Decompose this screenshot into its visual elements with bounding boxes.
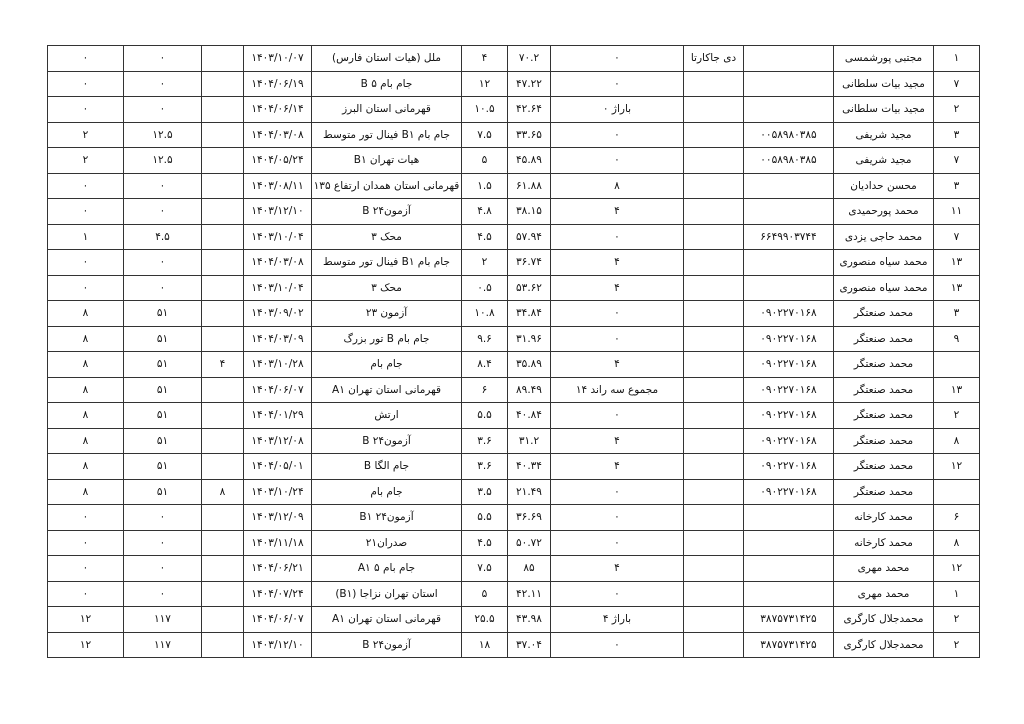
cell-phone: ۰۹۰۲۲۷۰۱۶۸	[744, 301, 834, 327]
cell-name: محمدجلال کارگری	[834, 632, 934, 658]
table-row: ۰۰۱۴۰۴/۰۶/۱۹جام بام ۵ B۱۲۴۷.۲۲۰مجید بیات…	[48, 71, 980, 97]
cell-date: ۱۴۰۳/۱۲/۰۸	[244, 428, 312, 454]
cell-note: ۰	[551, 479, 684, 505]
cell-rank: ۲	[934, 403, 980, 429]
cell-phone: ۰۹۰۲۲۷۰۱۶۸	[744, 428, 834, 454]
cell-col-c	[202, 97, 244, 123]
cell-col-c	[202, 275, 244, 301]
cell-event: جام بام B۱ فینال تور متوسط	[312, 250, 462, 276]
cell-date: ۱۴۰۴/۰۶/۰۷	[244, 377, 312, 403]
cell-value: ۷۰.۲	[508, 46, 551, 72]
cell-rank: ۷	[934, 71, 980, 97]
cell-note: ۴	[551, 275, 684, 301]
cell-col-a: ۸	[48, 377, 124, 403]
cell-event: جام بام B۱ فینال تور متوسط	[312, 122, 462, 148]
cell-col-c	[202, 46, 244, 72]
cell-value: ۳۱.۲	[508, 428, 551, 454]
cell-rank	[934, 479, 980, 505]
cell-date: ۱۴۰۴/۰۵/۰۱	[244, 454, 312, 480]
cell-note2	[684, 530, 744, 556]
cell-name: مجید بیات سلطانی	[834, 71, 934, 97]
cell-name: محمد صنعتگر	[834, 326, 934, 352]
cell-value: ۳۳.۶۵	[508, 122, 551, 148]
cell-date: ۱۴۰۳/۱۰/۰۷	[244, 46, 312, 72]
cell-col-b: ۵۱	[124, 377, 202, 403]
cell-phone: ۰۹۰۲۲۷۰۱۶۸	[744, 454, 834, 480]
cell-note2	[684, 556, 744, 582]
cell-value: ۸۹.۴۹	[508, 377, 551, 403]
cell-note: ۰	[551, 224, 684, 250]
cell-score: ۳.۶	[462, 454, 508, 480]
cell-note2	[684, 97, 744, 123]
cell-score: ۱۲	[462, 71, 508, 97]
cell-note2	[684, 505, 744, 531]
cell-note: ۰	[551, 122, 684, 148]
table-row: ۲۱۲.۵۱۴۰۴/۰۵/۲۴هیات تهران B۱۵۴۵.۸۹۰۰۰۵۸۹…	[48, 148, 980, 174]
cell-col-a: ۸	[48, 428, 124, 454]
cell-note: ۰	[551, 632, 684, 658]
cell-col-b: ۵۱	[124, 454, 202, 480]
cell-note2	[684, 301, 744, 327]
cell-value: ۴۲.۱۱	[508, 581, 551, 607]
cell-phone: ۰۹۰۲۲۷۰۱۶۸	[744, 479, 834, 505]
cell-score: ۴.۸	[462, 199, 508, 225]
table-row: ۸۵۱۱۴۰۴/۰۱/۲۹ارتش۵.۵۴۰.۸۴۰۰۹۰۲۲۷۰۱۶۸محمد…	[48, 403, 980, 429]
cell-date: ۱۴۰۴/۰۶/۱۴	[244, 97, 312, 123]
cell-note2	[684, 199, 744, 225]
cell-note2	[684, 173, 744, 199]
cell-note: ۴	[551, 454, 684, 480]
cell-event: آزمون ۲۳	[312, 301, 462, 327]
cell-event: قهرمانی استان تهران A۱	[312, 607, 462, 633]
cell-col-b: ۰	[124, 173, 202, 199]
cell-note: ۰	[551, 530, 684, 556]
cell-value: ۴۰.۸۴	[508, 403, 551, 429]
cell-col-a: ۱	[48, 224, 124, 250]
cell-score: ۵	[462, 581, 508, 607]
cell-name: محمد صنعتگر	[834, 403, 934, 429]
cell-event: آزمون۲۴ B۱	[312, 505, 462, 531]
cell-name: محمد مهری	[834, 581, 934, 607]
cell-name: محسن حدادیان	[834, 173, 934, 199]
cell-note2	[684, 122, 744, 148]
cell-col-b: ۵۱	[124, 352, 202, 378]
cell-rank: ۹	[934, 326, 980, 352]
cell-value: ۲۱.۴۹	[508, 479, 551, 505]
results-table: ۰۰۱۴۰۳/۱۰/۰۷ملل (هیات استان فارس)۴۷۰.۲۰د…	[47, 45, 980, 658]
cell-note2	[684, 250, 744, 276]
cell-col-a: ۸	[48, 326, 124, 352]
cell-name: محمدجلال کارگری	[834, 607, 934, 633]
cell-col-c	[202, 173, 244, 199]
document-page: ۰۰۱۴۰۳/۱۰/۰۷ملل (هیات استان فارس)۴۷۰.۲۰د…	[47, 45, 979, 658]
cell-event: جام بام	[312, 479, 462, 505]
cell-phone: ۰۹۰۲۲۷۰۱۶۸	[744, 377, 834, 403]
cell-col-c	[202, 403, 244, 429]
cell-value: ۳۸.۱۵	[508, 199, 551, 225]
cell-value: ۶۱.۸۸	[508, 173, 551, 199]
cell-col-c	[202, 556, 244, 582]
cell-date: ۱۴۰۴/۰۱/۲۹	[244, 403, 312, 429]
table-row: ۰۰۱۴۰۳/۱۰/۰۷ملل (هیات استان فارس)۴۷۰.۲۰د…	[48, 46, 980, 72]
cell-event: جام بام B تور بزرگ	[312, 326, 462, 352]
cell-phone: ۳۸۷۵۷۳۱۴۲۵	[744, 607, 834, 633]
cell-date: ۱۴۰۴/۰۵/۲۴	[244, 148, 312, 174]
cell-score: ۱۰.۵	[462, 97, 508, 123]
cell-col-a: ۱۲	[48, 632, 124, 658]
table-row: ۸۵۱۱۴۰۴/۰۳/۰۹جام بام B تور بزرگ۹.۶۳۱.۹۶۰…	[48, 326, 980, 352]
cell-value: ۴۵.۸۹	[508, 148, 551, 174]
cell-note: ۴	[551, 428, 684, 454]
cell-name: محمد سیاه منصوری	[834, 250, 934, 276]
cell-col-b: ۰	[124, 199, 202, 225]
table-row: ۰۰۱۴۰۳/۱۲/۰۹آزمون۲۴ B۱۵.۵۳۶.۶۹۰محمد کارخ…	[48, 505, 980, 531]
cell-score: ۴.۵	[462, 224, 508, 250]
cell-phone: ۰۹۰۲۲۷۰۱۶۸	[744, 352, 834, 378]
cell-value: ۴۷.۲۲	[508, 71, 551, 97]
cell-note: ۰	[551, 581, 684, 607]
cell-note: ۰	[551, 301, 684, 327]
cell-value: ۳۷.۰۴	[508, 632, 551, 658]
cell-col-c	[202, 250, 244, 276]
cell-name: محمد کارخانه	[834, 530, 934, 556]
cell-value: ۳۱.۹۶	[508, 326, 551, 352]
cell-score: ۰.۵	[462, 275, 508, 301]
cell-col-a: ۸	[48, 403, 124, 429]
cell-name: محمد سیاه منصوری	[834, 275, 934, 301]
cell-date: ۱۴۰۴/۰۶/۰۷	[244, 607, 312, 633]
cell-rank: ۱۱	[934, 199, 980, 225]
cell-col-a: ۰	[48, 173, 124, 199]
cell-rank: ۲	[934, 607, 980, 633]
cell-phone	[744, 530, 834, 556]
cell-phone	[744, 275, 834, 301]
cell-col-b: ۵۱	[124, 301, 202, 327]
cell-col-a: ۸	[48, 454, 124, 480]
cell-rank: ۱۳	[934, 250, 980, 276]
cell-phone: ۰۹۰۲۲۷۰۱۶۸	[744, 403, 834, 429]
cell-value: ۴۲.۶۴	[508, 97, 551, 123]
cell-note: ۰	[551, 505, 684, 531]
cell-note2	[684, 403, 744, 429]
cell-event: قهرمانی استان همدان ارتفاع ۱۳۵	[312, 173, 462, 199]
cell-rank: ۶	[934, 505, 980, 531]
cell-col-b: ۴.۵	[124, 224, 202, 250]
table-row: ۲۱۲.۵۱۴۰۴/۰۳/۰۸جام بام B۱ فینال تور متوس…	[48, 122, 980, 148]
cell-date: ۱۴۰۳/۱۰/۲۴	[244, 479, 312, 505]
cell-col-a: ۸	[48, 301, 124, 327]
cell-date: ۱۴۰۴/۰۶/۲۱	[244, 556, 312, 582]
cell-note2	[684, 224, 744, 250]
cell-score: ۶	[462, 377, 508, 403]
cell-col-a: ۰	[48, 581, 124, 607]
cell-date: ۱۴۰۳/۰۸/۱۱	[244, 173, 312, 199]
cell-rank: ۷	[934, 148, 980, 174]
cell-name: محمد صنعتگر	[834, 479, 934, 505]
cell-event: محک ۳	[312, 224, 462, 250]
cell-note2	[684, 479, 744, 505]
cell-note: باراژ ۴	[551, 607, 684, 633]
cell-col-c	[202, 224, 244, 250]
cell-name: مجید شریفی	[834, 148, 934, 174]
cell-name: محمد صنعتگر	[834, 352, 934, 378]
cell-score: ۳.۵	[462, 479, 508, 505]
cell-rank	[934, 352, 980, 378]
cell-rank: ۳	[934, 122, 980, 148]
cell-col-c	[202, 607, 244, 633]
cell-rank: ۳	[934, 173, 980, 199]
cell-event: محک ۳	[312, 275, 462, 301]
cell-col-c	[202, 505, 244, 531]
cell-value: ۳۵.۸۹	[508, 352, 551, 378]
cell-col-c	[202, 454, 244, 480]
cell-value: ۳۶.۶۹	[508, 505, 551, 531]
cell-col-a: ۰	[48, 71, 124, 97]
cell-col-b: ۱۱۷	[124, 607, 202, 633]
cell-event: هیات تهران B۱	[312, 148, 462, 174]
cell-phone	[744, 97, 834, 123]
cell-col-a: ۰	[48, 97, 124, 123]
cell-rank: ۱۳	[934, 377, 980, 403]
cell-name: مجید شریفی	[834, 122, 934, 148]
cell-note2	[684, 632, 744, 658]
cell-event: ملل (هیات استان فارس)	[312, 46, 462, 72]
table-row: ۰۰۱۴۰۴/۰۶/۲۱جام بام ۵ A۱۷.۵۸۵۴محمد مهری۱…	[48, 556, 980, 582]
cell-note2: دی جاکارتا	[684, 46, 744, 72]
cell-date: ۱۴۰۴/۰۶/۱۹	[244, 71, 312, 97]
cell-note: ۴	[551, 352, 684, 378]
cell-date: ۱۴۰۳/۰۹/۰۲	[244, 301, 312, 327]
cell-col-b: ۰	[124, 581, 202, 607]
cell-col-c	[202, 377, 244, 403]
cell-name: محمد کارخانه	[834, 505, 934, 531]
table-row: ۸۵۱۱۴۰۴/۰۶/۰۷قهرمانی استان تهران A۱۶۸۹.۴…	[48, 377, 980, 403]
cell-col-b: ۰	[124, 97, 202, 123]
cell-col-c	[202, 326, 244, 352]
cell-score: ۳.۶	[462, 428, 508, 454]
cell-col-c	[202, 581, 244, 607]
cell-date: ۱۴۰۳/۱۲/۰۹	[244, 505, 312, 531]
cell-event: جام الگا B	[312, 454, 462, 480]
cell-date: ۱۴۰۳/۱۰/۰۴	[244, 275, 312, 301]
cell-score: ۱۸	[462, 632, 508, 658]
cell-note2	[684, 148, 744, 174]
cell-note2	[684, 326, 744, 352]
cell-value: ۴۰.۳۴	[508, 454, 551, 480]
cell-rank: ۱۳	[934, 275, 980, 301]
cell-event: استان تهران نزاجا (B۱)	[312, 581, 462, 607]
cell-event: قهرمانی استان تهران A۱	[312, 377, 462, 403]
table-body: ۰۰۱۴۰۳/۱۰/۰۷ملل (هیات استان فارس)۴۷۰.۲۰د…	[48, 46, 980, 658]
cell-name: محمد صنعتگر	[834, 301, 934, 327]
cell-col-a: ۰	[48, 199, 124, 225]
table-row: ۰۰۱۴۰۳/۰۸/۱۱قهرمانی استان همدان ارتفاع ۱…	[48, 173, 980, 199]
cell-event: جام بام ۵ A۱	[312, 556, 462, 582]
cell-note2	[684, 607, 744, 633]
cell-name: محمد حاجی یزدی	[834, 224, 934, 250]
cell-score: ۴.۵	[462, 530, 508, 556]
cell-note2	[684, 352, 744, 378]
cell-col-a: ۰	[48, 556, 124, 582]
table-row: ۱۲۱۱۷۱۴۰۳/۱۲/۱۰آزمون۲۴ B۱۸۳۷.۰۴۰۳۸۷۵۷۳۱۴…	[48, 632, 980, 658]
cell-rank: ۱۲	[934, 556, 980, 582]
cell-event: آزمون۲۴ B	[312, 428, 462, 454]
cell-value: ۸۵	[508, 556, 551, 582]
cell-col-b: ۰	[124, 71, 202, 97]
table-row: ۸۵۱۸۱۴۰۳/۱۰/۲۴جام بام۳.۵۲۱.۴۹۰۰۹۰۲۲۷۰۱۶۸…	[48, 479, 980, 505]
cell-col-c	[202, 632, 244, 658]
cell-col-a: ۸	[48, 479, 124, 505]
cell-col-b: ۰	[124, 530, 202, 556]
cell-date: ۱۴۰۳/۱۱/۱۸	[244, 530, 312, 556]
cell-col-c: ۸	[202, 479, 244, 505]
cell-note: ۰	[551, 46, 684, 72]
cell-name: محمد صنعتگر	[834, 377, 934, 403]
cell-name: محمد پورحمیدی	[834, 199, 934, 225]
cell-event: آزمون۲۴ B	[312, 199, 462, 225]
table-row: ۸۵۱۱۴۰۳/۰۹/۰۲آزمون ۲۳۱۰.۸۳۴.۸۴۰۰۹۰۲۲۷۰۱۶…	[48, 301, 980, 327]
cell-phone	[744, 71, 834, 97]
cell-note: ۰	[551, 71, 684, 97]
table-row: ۸۵۱۱۴۰۴/۰۵/۰۱جام الگا B۳.۶۴۰.۳۴۴۰۹۰۲۲۷۰۱…	[48, 454, 980, 480]
table-row: ۸۵۱۴۱۴۰۳/۱۰/۲۸جام بام۸.۴۳۵.۸۹۴۰۹۰۲۲۷۰۱۶۸…	[48, 352, 980, 378]
cell-value: ۳۶.۷۴	[508, 250, 551, 276]
cell-phone	[744, 173, 834, 199]
cell-score: ۷.۵	[462, 556, 508, 582]
cell-score: ۵.۵	[462, 403, 508, 429]
cell-value: ۵۳.۶۲	[508, 275, 551, 301]
cell-col-a: ۸	[48, 352, 124, 378]
cell-score: ۷.۵	[462, 122, 508, 148]
cell-note2	[684, 581, 744, 607]
cell-score: ۱۰.۸	[462, 301, 508, 327]
cell-name: مجید بیات سلطانی	[834, 97, 934, 123]
cell-rank: ۱	[934, 46, 980, 72]
cell-col-a: ۱۲	[48, 607, 124, 633]
cell-note: ۰	[551, 403, 684, 429]
cell-event: آزمون۲۴ B	[312, 632, 462, 658]
cell-value: ۵۰.۷۲	[508, 530, 551, 556]
cell-col-c	[202, 199, 244, 225]
cell-col-a: ۰	[48, 530, 124, 556]
cell-phone: ۳۸۷۵۷۳۱۴۲۵	[744, 632, 834, 658]
cell-rank: ۳	[934, 301, 980, 327]
cell-name: مجتبی پورشمسی	[834, 46, 934, 72]
cell-col-c	[202, 122, 244, 148]
cell-date: ۱۴۰۴/۰۳/۰۸	[244, 250, 312, 276]
cell-note2	[684, 428, 744, 454]
cell-name: محمد صنعتگر	[834, 428, 934, 454]
cell-note2	[684, 275, 744, 301]
cell-phone	[744, 46, 834, 72]
cell-note: ۸	[551, 173, 684, 199]
cell-score: ۱.۵	[462, 173, 508, 199]
table-row: ۸۵۱۱۴۰۳/۱۲/۰۸آزمون۲۴ B۳.۶۳۱.۲۴۰۹۰۲۲۷۰۱۶۸…	[48, 428, 980, 454]
cell-note2	[684, 454, 744, 480]
cell-name: محمد مهری	[834, 556, 934, 582]
cell-col-b: ۱۱۷	[124, 632, 202, 658]
cell-value: ۴۳.۹۸	[508, 607, 551, 633]
cell-col-b: ۱۲.۵	[124, 122, 202, 148]
cell-note2	[684, 377, 744, 403]
cell-note: مجموع سه راند ۱۴	[551, 377, 684, 403]
cell-note: ۴	[551, 199, 684, 225]
cell-date: ۱۴۰۳/۱۰/۲۸	[244, 352, 312, 378]
cell-note: ۴	[551, 556, 684, 582]
cell-col-a: ۰	[48, 46, 124, 72]
cell-rank: ۸	[934, 530, 980, 556]
cell-event: ارتش	[312, 403, 462, 429]
cell-phone	[744, 199, 834, 225]
cell-col-a: ۲	[48, 148, 124, 174]
cell-col-a: ۰	[48, 505, 124, 531]
cell-note: ۰	[551, 148, 684, 174]
table-row: ۰۰۱۴۰۳/۱۱/۱۸صدران۲۱۴.۵۵۰.۷۲۰محمد کارخانه…	[48, 530, 980, 556]
cell-name: محمد صنعتگر	[834, 454, 934, 480]
cell-event: جام بام ۵ B	[312, 71, 462, 97]
cell-phone: ۰۰۵۸۹۸۰۳۸۵	[744, 148, 834, 174]
table-row: ۱۴.۵۱۴۰۳/۱۰/۰۴محک ۳۴.۵۵۷.۹۴۰۶۶۴۹۹۰۳۷۴۴مح…	[48, 224, 980, 250]
cell-rank: ۲	[934, 632, 980, 658]
cell-rank: ۷	[934, 224, 980, 250]
cell-col-b: ۰	[124, 556, 202, 582]
cell-date: ۱۴۰۳/۱۲/۱۰	[244, 199, 312, 225]
cell-col-c	[202, 148, 244, 174]
cell-phone	[744, 581, 834, 607]
cell-score: ۵	[462, 148, 508, 174]
cell-event: صدران۲۱	[312, 530, 462, 556]
cell-date: ۱۴۰۴/۰۳/۰۹	[244, 326, 312, 352]
cell-col-b: ۰	[124, 275, 202, 301]
cell-score: ۹.۶	[462, 326, 508, 352]
cell-col-b: ۱۲.۵	[124, 148, 202, 174]
cell-phone	[744, 556, 834, 582]
cell-event: قهرمانی استان البرز	[312, 97, 462, 123]
cell-score: ۵.۵	[462, 505, 508, 531]
cell-rank: ۲	[934, 97, 980, 123]
table-row: ۰۰۱۴۰۳/۱۲/۱۰آزمون۲۴ B۴.۸۳۸.۱۵۴محمد پورحم…	[48, 199, 980, 225]
cell-score: ۴	[462, 46, 508, 72]
cell-value: ۳۴.۸۴	[508, 301, 551, 327]
cell-col-b: ۵۱	[124, 403, 202, 429]
table-row: ۰۰۱۴۰۴/۰۶/۱۴قهرمانی استان البرز۱۰.۵۴۲.۶۴…	[48, 97, 980, 123]
table-row: ۱۲۱۱۷۱۴۰۴/۰۶/۰۷قهرمانی استان تهران A۱۲۵.…	[48, 607, 980, 633]
cell-phone	[744, 505, 834, 531]
cell-date: ۱۴۰۳/۱۰/۰۴	[244, 224, 312, 250]
cell-phone: ۶۶۴۹۹۰۳۷۴۴	[744, 224, 834, 250]
cell-col-c	[202, 530, 244, 556]
cell-col-a: ۰	[48, 250, 124, 276]
cell-rank: ۱	[934, 581, 980, 607]
cell-rank: ۱۲	[934, 454, 980, 480]
cell-col-b: ۰	[124, 46, 202, 72]
cell-value: ۵۷.۹۴	[508, 224, 551, 250]
table-row: ۰۰۱۴۰۳/۱۰/۰۴محک ۳۰.۵۵۳.۶۲۴محمد سیاه منصو…	[48, 275, 980, 301]
cell-date: ۱۴۰۴/۰۷/۲۴	[244, 581, 312, 607]
table-row: ۰۰۱۴۰۴/۰۷/۲۴استان تهران نزاجا (B۱)۵۴۲.۱۱…	[48, 581, 980, 607]
cell-note: باراژ ۰	[551, 97, 684, 123]
cell-rank: ۸	[934, 428, 980, 454]
table-row: ۰۰۱۴۰۴/۰۳/۰۸جام بام B۱ فینال تور متوسط۲۳…	[48, 250, 980, 276]
cell-col-b: ۰	[124, 250, 202, 276]
cell-note: ۰	[551, 326, 684, 352]
cell-col-b: ۵۱	[124, 479, 202, 505]
cell-col-c: ۴	[202, 352, 244, 378]
cell-col-a: ۲	[48, 122, 124, 148]
cell-col-c	[202, 301, 244, 327]
cell-col-b: ۰	[124, 505, 202, 531]
cell-score: ۸.۴	[462, 352, 508, 378]
